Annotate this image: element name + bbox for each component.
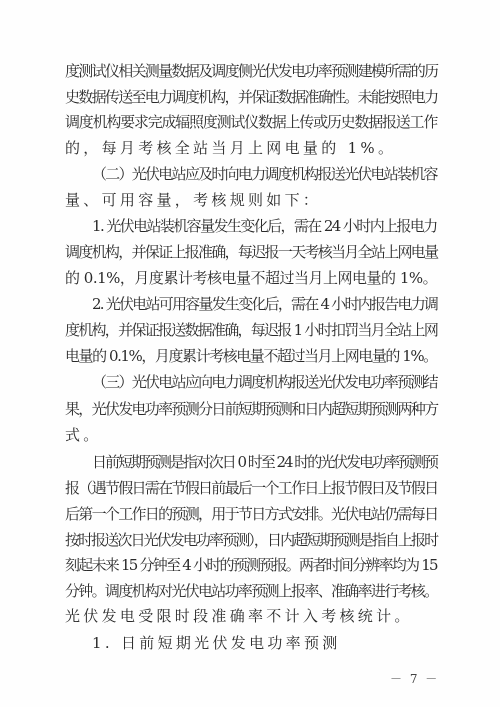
text-line: （二）光伏电站应及时向电力调度机构报送光伏电站装机容 [92,165,437,183]
text-line: 后第一个工作日的预测，用于节日方式安排。光伏电站仍需每日 [65,505,437,523]
text-line: 光伏发电受限时段准确率不计入考核统计。 [65,607,413,625]
page-number: － 7 － [390,670,439,687]
text-line: 按时报送次日光伏发电功率预测），日内超短期预测是指自上报时 [65,531,437,549]
text-line: 的 0.1%，月度累计考核电量不超过当月上网电量的 1%。 [65,269,437,287]
document-page: 度测试仪相关测量数据及调度侧光伏发电功率预测建模所需的历史数据传送至电力调度机构… [0,0,500,707]
text-line: 报（遇节假日需在节假日前最后一个工作日上报节假日及节假日 [65,479,437,497]
text-line: 1. 光伏电站装机容量发生变化后，需在 24 小时内上报电力 [92,217,437,235]
text-line: 日前短期预测是指对次日 0 时至 24 时的光伏发电功率预测预 [92,453,437,471]
text-line: 调度机构，并保证上报准确，每迟报一天考核当月全站上网电量 [65,243,437,261]
text-line: 度测试仪相关测量数据及调度侧光伏发电功率预测建模所需的历 [65,62,437,80]
text-line: 刻起未来 15 分钟至 4 小时的预测预报。两者时间分辨率均为 15 [65,556,437,574]
text-line: 分钟。调度机构对光伏电站功率预测上报率、准确率进行考核。 [65,582,437,600]
text-line: 的，每月考核全站当月上网电量的 1%。 [65,139,396,157]
text-line: 调度机构要求完成辐照度测试仪数据上传或历史数据报送工作 [65,113,437,131]
text-line: 史数据传送至电力调度机构，并保证数据准确性。未能按照电力 [65,88,437,106]
text-line: 度机构，并保证报送数据准确，每迟报 1 小时扣罚当月全站上网 [65,321,437,339]
text-line: 1. 日前短期光伏发电功率预测 [92,634,341,652]
text-line: 式。 [65,426,102,444]
text-line: 2. 光伏电站可用容量发生变化后，需在 4 小时内报告电力调 [92,295,437,313]
text-line: 量、可用容量，考核规则如下： [65,191,321,209]
text-line: 果，光伏发电功率预测分日前短期预测和日内超短期预测两种方 [65,400,437,418]
text-line: 电量的 0.1%，月度累计考核电量不超过当月上网电量的 1%。 [65,347,437,365]
text-line: （三）光伏电站应向电力调度机构报送光伏发电功率预测结 [92,373,437,391]
